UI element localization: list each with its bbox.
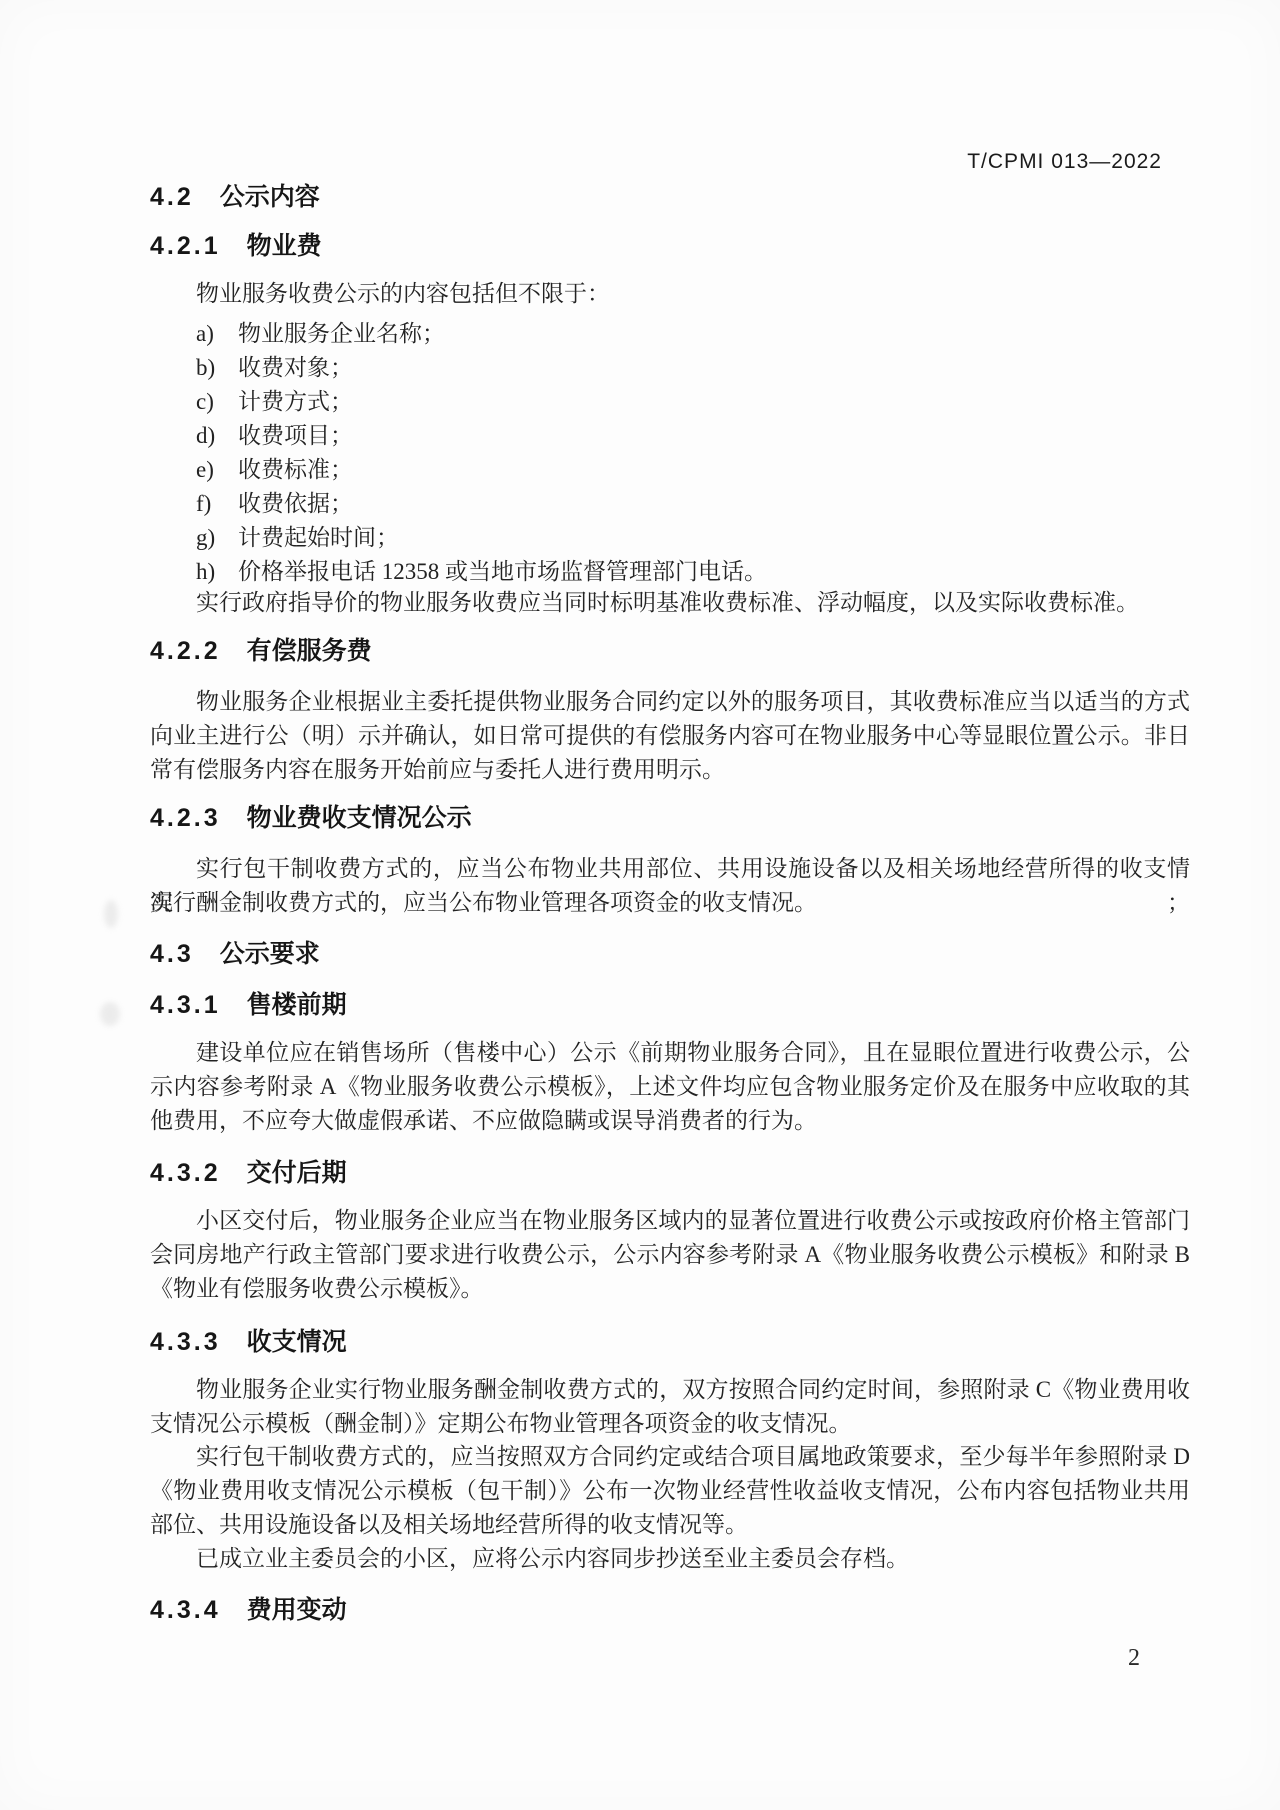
paragraph-4-3-1: 建设单位应在销售场所（售楼中心）公示《前期物业服务合同》，且在显眼位置进行收费公… bbox=[150, 1036, 1190, 1138]
list-item: c)计费方式； bbox=[150, 385, 1190, 419]
section-heading-4-2-2: 4.2.2有偿服务费 bbox=[150, 634, 1190, 668]
heading-title: 售楼前期 bbox=[247, 991, 347, 1019]
list-item: f)收费依据； bbox=[150, 487, 1190, 521]
paragraph-line: 物业服务收费公示的内容包括但不限于： bbox=[150, 277, 1190, 311]
standard-number-header: T/CPMI 013—2022 bbox=[967, 150, 1162, 174]
paragraph-line: 物业服务企业根据业主委托提供物业服务合同约定以外的服务项目，其收费标准应当以适当… bbox=[150, 685, 1190, 719]
paragraph-4-2-3: 实行包干制收费方式的，应当公布物业共用部位、共用设施设备以及相关场地经营所得的收… bbox=[150, 852, 1190, 920]
paragraph-line: 《物业费用收支情况公示模板（包干制）》公布一次物业经营性收益收支情况，公布内容包… bbox=[150, 1474, 1190, 1508]
list-marker: g) bbox=[196, 521, 238, 555]
paragraph-line: 他费用，不应夸大做虚假承诺、不应做隐瞒或误导消费者的行为。 bbox=[150, 1104, 1190, 1138]
paragraph-line: 支情况公示模板（酬金制）》定期公布物业管理各项资金的收支情况。 bbox=[150, 1407, 1190, 1441]
heading-number: 4.2.2 bbox=[150, 637, 221, 665]
list-marker: h) bbox=[196, 555, 238, 589]
paragraph-line: 实行包干制收费方式的，应当公布物业共用部位、共用设施设备以及相关场地经营所得的收… bbox=[150, 852, 1190, 886]
list-item: b)收费对象； bbox=[150, 351, 1190, 385]
heading-title: 公示内容 bbox=[220, 183, 320, 211]
paragraph-line: 会同房地产行政主管部门要求进行收费公示，公示内容参考附录 A《物业服务收费公示模… bbox=[150, 1238, 1190, 1272]
list-item-text: 收费对象； bbox=[238, 355, 353, 380]
paragraph-line: 实行政府指导价的物业服务收费应当同时标明基准收费标准、浮动幅度，以及实际收费标准… bbox=[150, 586, 1190, 620]
document-page: T/CPMI 013—2022 4.2公示内容 4.2.1物业费 物业服务收费公… bbox=[0, 0, 1280, 1810]
paragraph-4-3-3-a: 物业服务企业实行物业服务酬金制收费方式的，双方按照合同约定时间，参照附录 C《物… bbox=[150, 1373, 1190, 1441]
list-item-text: 收费标准； bbox=[238, 457, 353, 482]
heading-title: 公示要求 bbox=[220, 940, 320, 968]
section-heading-4-3-2: 4.3.2交付后期 bbox=[150, 1156, 1190, 1190]
paragraph-line: 建设单位应在销售场所（售楼中心）公示《前期物业服务合同》，且在显眼位置进行收费公… bbox=[150, 1036, 1190, 1070]
section-heading-4-3-1: 4.3.1售楼前期 bbox=[150, 988, 1190, 1022]
heading-number: 4.2.1 bbox=[150, 232, 221, 260]
heading-title: 交付后期 bbox=[247, 1159, 347, 1187]
heading-title: 收支情况 bbox=[247, 1328, 347, 1356]
heading-title: 费用变动 bbox=[247, 1596, 347, 1624]
section-heading-4-3: 4.3公示要求 bbox=[150, 937, 1190, 971]
list-item: h)价格举报电话 12358 或当地市场监督管理部门电话。 bbox=[150, 555, 1190, 589]
paragraph-line: 常有偿服务内容在服务开始前应与委托人进行费用明示。 bbox=[150, 753, 1190, 787]
page-number: 2 bbox=[1128, 1645, 1140, 1672]
paragraph-4-2-2: 物业服务企业根据业主委托提供物业服务合同约定以外的服务项目，其收费标准应当以适当… bbox=[150, 685, 1190, 787]
scan-artifact bbox=[100, 1002, 120, 1026]
section-heading-4-2-1: 4.2.1物业费 bbox=[150, 229, 1190, 263]
paragraph-line: 部位、共用设施设备以及相关场地经营所得的收支情况等。 bbox=[150, 1508, 1190, 1542]
scan-artifact bbox=[104, 900, 118, 928]
list-item-text: 价格举报电话 12358 或当地市场监督管理部门电话。 bbox=[238, 559, 767, 584]
heading-number: 4.2.3 bbox=[150, 804, 221, 832]
list-marker: a) bbox=[196, 317, 238, 351]
fee-disclosure-list: a)物业服务企业名称； b)收费对象； c)计费方式； d)收费项目； e)收费… bbox=[150, 317, 1190, 589]
heading-number: 4.3 bbox=[150, 940, 194, 968]
paragraph-4-3-2: 小区交付后，物业服务企业应当在物业服务区域内的显著位置进行收费公示或按政府价格主… bbox=[150, 1204, 1190, 1306]
paragraph-line: 示内容参考附录 A《物业服务收费公示模板》，上述文件均应包含物业服务定价及在服务… bbox=[150, 1070, 1190, 1104]
heading-title: 物业费 bbox=[247, 232, 322, 260]
heading-number: 4.2 bbox=[150, 183, 194, 211]
section-heading-4-3-4: 4.3.4费用变动 bbox=[150, 1593, 1190, 1627]
list-marker: c) bbox=[196, 385, 238, 419]
list-item-text: 物业服务企业名称； bbox=[238, 321, 445, 346]
paragraph-line: 已成立业主委员会的小区，应将公示内容同步抄送至业主委员会存档。 bbox=[150, 1542, 1190, 1576]
paragraph-line: 《物业有偿服务收费公示模板》。 bbox=[150, 1272, 1190, 1306]
section-heading-4-2: 4.2公示内容 bbox=[150, 180, 1190, 214]
list-item-text: 收费项目； bbox=[238, 423, 353, 448]
paragraph-4-3-3-b: 实行包干制收费方式的，应当按照双方合同约定或结合项目属地政策要求，至少每半年参照… bbox=[150, 1440, 1190, 1542]
paragraph-line: 物业服务企业实行物业服务酬金制收费方式的，双方按照合同约定时间，参照附录 C《物… bbox=[150, 1373, 1190, 1407]
section-heading-4-3-3: 4.3.3收支情况 bbox=[150, 1325, 1190, 1359]
list-item: d)收费项目； bbox=[150, 419, 1190, 453]
heading-number: 4.3.1 bbox=[150, 991, 221, 1019]
list-item-text: 计费方式； bbox=[238, 389, 353, 414]
list-marker: f) bbox=[196, 487, 238, 521]
paragraph-line: 向业主进行公（明）示并确认，如日常可提供的有偿服务内容可在物业服务中心等显眼位置… bbox=[150, 719, 1190, 753]
list-item: e)收费标准； bbox=[150, 453, 1190, 487]
list-item-text: 收费依据； bbox=[238, 491, 353, 516]
heading-title: 物业费收支情况公示 bbox=[247, 804, 472, 832]
list-marker: d) bbox=[196, 419, 238, 453]
heading-number: 4.3.3 bbox=[150, 1328, 221, 1356]
heading-number: 4.3.2 bbox=[150, 1159, 221, 1187]
list-marker: e) bbox=[196, 453, 238, 487]
heading-title: 有偿服务费 bbox=[247, 637, 372, 665]
heading-number: 4.3.4 bbox=[150, 1596, 221, 1624]
paragraph-line: 小区交付后，物业服务企业应当在物业服务区域内的显著位置进行收费公示或按政府价格主… bbox=[150, 1204, 1190, 1238]
section-heading-4-2-3: 4.2.3物业费收支情况公示 bbox=[150, 801, 1190, 835]
list-item-text: 计费起始时间； bbox=[238, 525, 399, 550]
list-item: g)计费起始时间； bbox=[150, 521, 1190, 555]
paragraph-line: 实行包干制收费方式的，应当按照双方合同约定或结合项目属地政策要求，至少每半年参照… bbox=[150, 1440, 1190, 1474]
list-item: a)物业服务企业名称； bbox=[150, 317, 1190, 351]
list-marker: b) bbox=[196, 351, 238, 385]
